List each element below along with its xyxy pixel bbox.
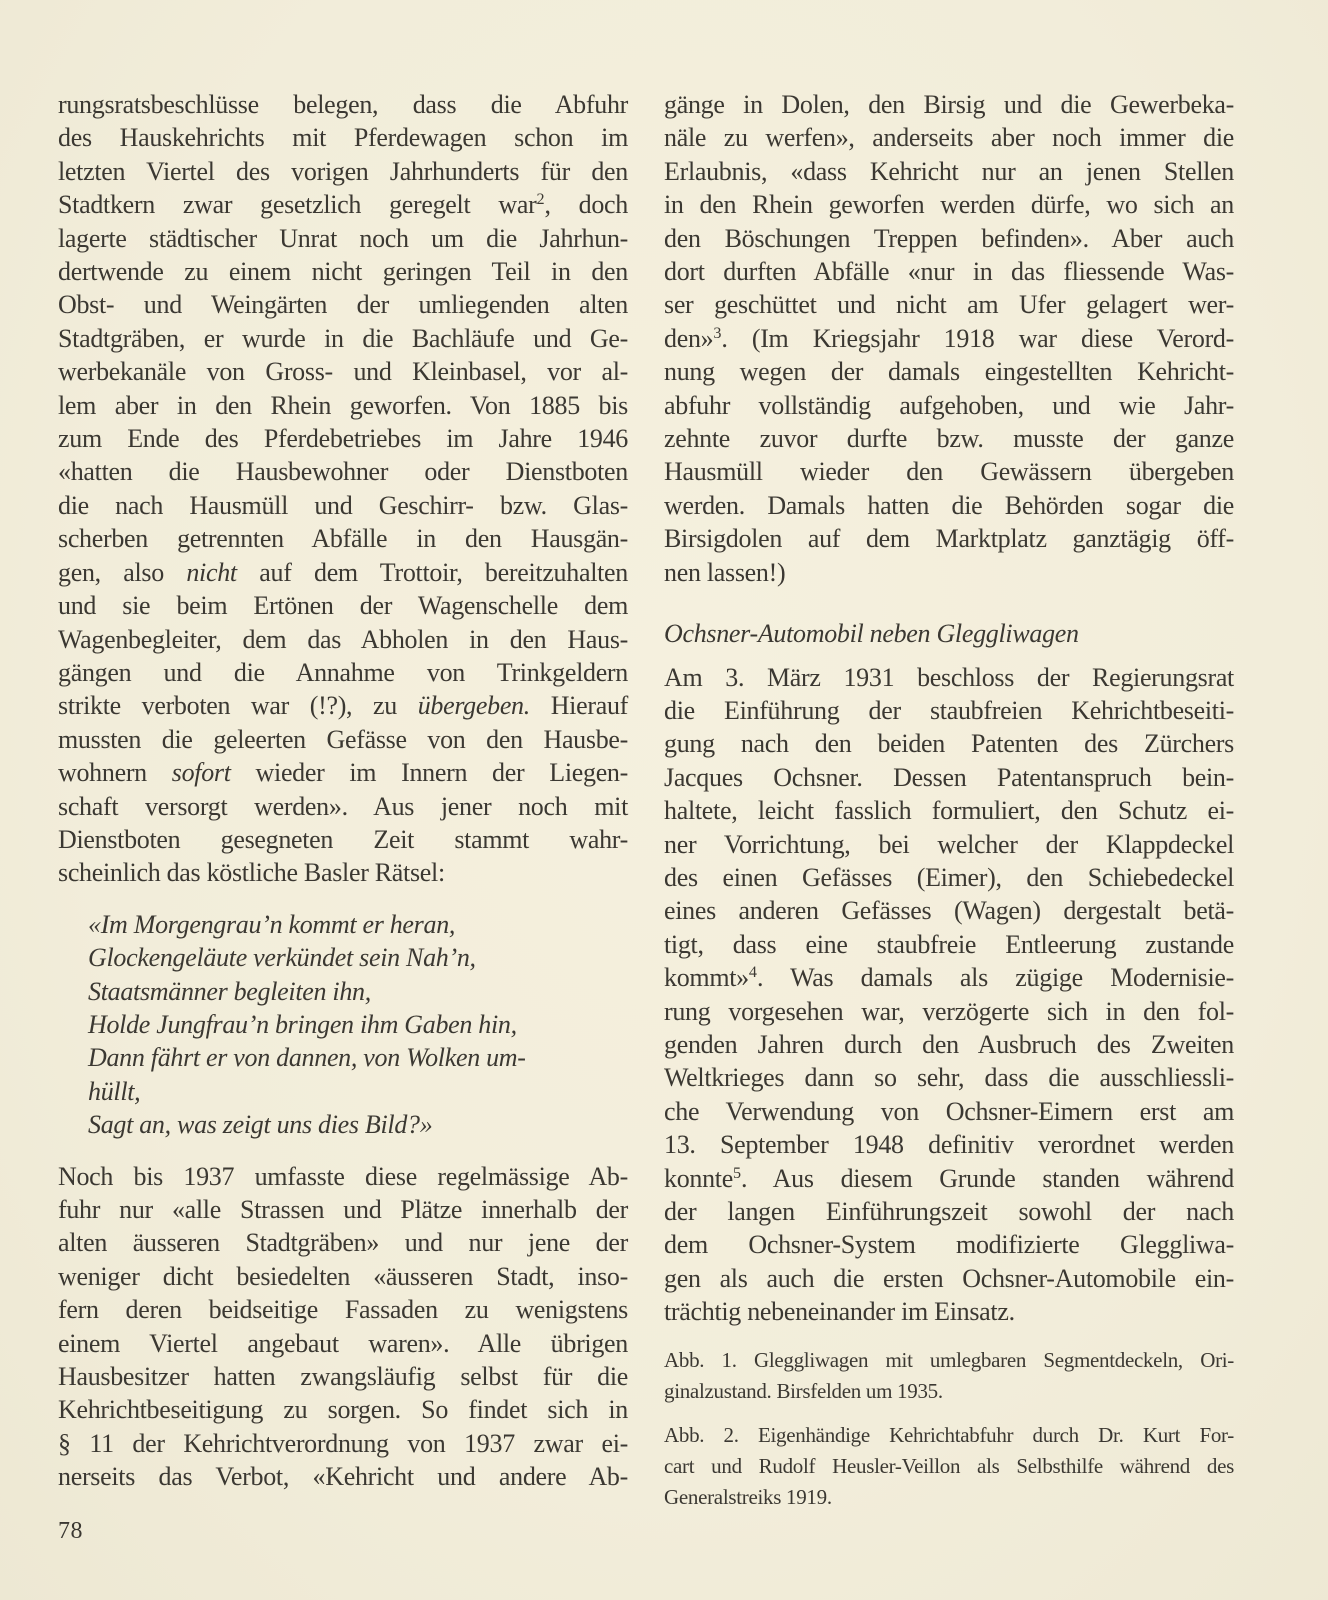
text-line: dort durften Abfälle «nur in das fliesse…: [664, 255, 1234, 288]
text-line: gen, also nicht auf dem Trottoir, bereit…: [58, 556, 628, 589]
text-line: nen lassen!): [664, 556, 1234, 589]
text-line: und sie beim Ertönen der Wagenschelle de…: [58, 589, 628, 622]
riddle-verse: «Im Morgengrau’n kommt er heran,Glockeng…: [58, 908, 628, 1142]
text-line: nung wegen der damals eingestellten Kehr…: [664, 355, 1234, 388]
text-line: nerseits das Verbot, «Kehricht und ander…: [58, 1460, 628, 1493]
text-line: ser geschüttet und nicht am Ufer gelager…: [664, 288, 1234, 321]
text-line: strikte verboten war (!?), zu übergeben.…: [58, 689, 628, 722]
text-line: lem aber in den Rhein geworfen. Von 1885…: [58, 389, 628, 422]
text-line: Erlaubnis, «dass Kehricht nur an jenen S…: [664, 155, 1234, 188]
text-line: der langen Einführungszeit sowohl der na…: [664, 1195, 1234, 1228]
book-page: rungsratsbeschlüsse belegen, dass die Ab…: [0, 0, 1328, 1600]
text-line: mussten die geleerten Gefässe von den Ha…: [58, 723, 628, 756]
text-line: Staatsmänner begleiten ihn,: [88, 975, 628, 1008]
figure-caption-2: Abb. 2. Eigenhändige Kehrichtabfuhr durc…: [664, 1420, 1234, 1513]
text-line: Glockengeläute verkündet sein Nah’n,: [88, 941, 628, 974]
text-line: hüllt,: [88, 1075, 628, 1108]
text-line: tigt, dass eine staubfreie Entleerung zu…: [664, 928, 1234, 961]
text-line: zehnte zuvor durfte bzw. musste der ganz…: [664, 422, 1234, 455]
text-line: gung nach den beiden Patenten des Zürche…: [664, 727, 1234, 760]
text-line: Noch bis 1937 umfasste diese regelmässig…: [58, 1160, 628, 1193]
text-line: gen als auch die ersten Ochsner-Automobi…: [664, 1262, 1234, 1295]
left-column: rungsratsbeschlüsse belegen, dass die Ab…: [58, 88, 628, 1513]
text-line: haltete, leicht fasslich formuliert, den…: [664, 794, 1234, 827]
text-line: den Böschungen Treppen befinden». Aber a…: [664, 222, 1234, 255]
text-line: Stadtgräben, er wurde in die Bachläufe u…: [58, 322, 628, 355]
text-line: schaft versorgt werden». Aus jener noch …: [58, 790, 628, 823]
section-heading: Ochsner-Automobil neben Gleggliwagen: [664, 617, 1234, 650]
text-line: alten äusseren Stadtgräben» und nur jene…: [58, 1226, 628, 1259]
text-line: gänge in Dolen, den Birsig und die Gewer…: [664, 88, 1234, 121]
right-column: gänge in Dolen, den Birsig und die Gewer…: [664, 88, 1234, 1513]
text-line: Abb. 2. Eigenhändige Kehrichtabfuhr durc…: [664, 1420, 1234, 1451]
text-line: Generalstreiks 1919.: [664, 1482, 1234, 1513]
text-line: Holde Jungfrau’n bringen ihm Gaben hin,: [88, 1008, 628, 1041]
figure-caption-1: Abb. 1. Gleggliwagen mit umlegbaren Segm…: [664, 1345, 1234, 1407]
text-line: Abb. 1. Gleggliwagen mit umlegbaren Segm…: [664, 1345, 1234, 1376]
text-line: scherben getrennten Abfälle in den Hausg…: [58, 522, 628, 555]
text-line: Sagt an, was zeigt uns dies Bild?»: [88, 1108, 628, 1141]
text-line: näle zu werfen», anderseits aber noch im…: [664, 121, 1234, 154]
text-line: dem Ochsner-System modifizierte Gleggliw…: [664, 1228, 1234, 1261]
text-line: weniger dicht besiedelten «äusseren Stad…: [58, 1260, 628, 1293]
text-line: trächtig nebeneinander im Einsatz.: [664, 1295, 1234, 1328]
text-line: Hausbesitzer hatten zwangsläufig selbst …: [58, 1360, 628, 1393]
text-line: dertwende zu einem nicht geringen Teil i…: [58, 255, 628, 288]
text-line: werbekanäle von Gross- und Kleinbasel, v…: [58, 355, 628, 388]
text-line: abfuhr vollständig aufgehoben, und wie J…: [664, 389, 1234, 422]
text-line: Wagenbegleiter, dem das Abholen in den H…: [58, 623, 628, 656]
text-line: letzten Viertel des vorigen Jahrhunderts…: [58, 155, 628, 188]
text-line: konnte5. Aus diesem Grunde standen währe…: [664, 1162, 1234, 1195]
text-line: scheinlich das köstliche Basler Rätsel:: [58, 856, 628, 889]
text-line: Stadtkern zwar gesetzlich geregelt war2,…: [58, 188, 628, 221]
text-line: Birsigdolen auf dem Marktplatz ganztägig…: [664, 522, 1234, 555]
text-line: Jacques Ochsner. Dessen Patentanspruch b…: [664, 761, 1234, 794]
text-line: cart und Rudolf Heusler-Veillon als Selb…: [664, 1451, 1234, 1482]
text-line: ner Vorrichtung, bei welcher der Klappde…: [664, 828, 1234, 861]
text-line: genden Jahren durch den Ausbruch des Zwe…: [664, 1028, 1234, 1061]
text-line: «Im Morgengrau’n kommt er heran,: [88, 908, 628, 941]
text-line: die nach Hausmüll und Geschirr- bzw. Gla…: [58, 489, 628, 522]
left-paragraph-2: Noch bis 1937 umfasste diese regelmässig…: [58, 1160, 628, 1494]
text-line: rung vorgesehen war, verzögerte sich in …: [664, 995, 1234, 1028]
text-line: kommt»4. Was damals als zügige Modernisi…: [664, 961, 1234, 994]
text-line: fuhr nur «alle Strassen und Plätze inner…: [58, 1193, 628, 1226]
text-line: Dann fährt er von dannen, von Wolken um-: [88, 1041, 628, 1074]
text-line: des Hauskehrichts mit Pferdewagen schon …: [58, 121, 628, 154]
text-line: Obst- und Weingärten der umliegenden alt…: [58, 288, 628, 321]
text-line: des einen Gefässes (Eimer), den Schiebed…: [664, 861, 1234, 894]
text-line: § 11 der Kehrichtverordnung von 1937 zwa…: [58, 1427, 628, 1460]
page-number: 78: [58, 1516, 83, 1546]
text-line: werden. Damals hatten die Behörden sogar…: [664, 489, 1234, 522]
text-line: Weltkrieges dann so sehr, dass die aussc…: [664, 1061, 1234, 1094]
text-line: «hatten die Hausbewohner oder Dienstbote…: [58, 455, 628, 488]
text-line: Hausmüll wieder den Gewässern übergeben: [664, 455, 1234, 488]
right-paragraph-2: Am 3. März 1931 beschloss der Regierungs…: [664, 661, 1234, 1329]
text-line: zum Ende des Pferdebetriebes im Jahre 19…: [58, 422, 628, 455]
text-line: 13. September 1948 definitiv verordnet w…: [664, 1128, 1234, 1161]
text-line: gängen und die Annahme von Trinkgeldern: [58, 656, 628, 689]
text-line: Am 3. März 1931 beschloss der Regierungs…: [664, 661, 1234, 694]
text-line: Ochsner-Automobil neben Gleggliwagen: [664, 617, 1234, 650]
text-line: Dienstboten gesegneten Zeit stammt wahr-: [58, 823, 628, 856]
text-line: wohnern sofort wieder im Innern der Lieg…: [58, 756, 628, 789]
right-paragraph-1: gänge in Dolen, den Birsig und die Gewer…: [664, 88, 1234, 589]
text-line: einem Viertel angebaut waren». Alle übri…: [58, 1327, 628, 1360]
text-line: fern deren beidseitige Fassaden zu wenig…: [58, 1293, 628, 1326]
text-line: rungsratsbeschlüsse belegen, dass die Ab…: [58, 88, 628, 121]
text-line: den»3. (Im Kriegsjahr 1918 war diese Ver…: [664, 322, 1234, 355]
text-line: in den Rhein geworfen werden dürfe, wo s…: [664, 188, 1234, 221]
text-line: eines anderen Gefässes (Wagen) dergestal…: [664, 894, 1234, 927]
left-paragraph-1: rungsratsbeschlüsse belegen, dass die Ab…: [58, 88, 628, 890]
text-line: die Einführung der staubfreien Kehrichtb…: [664, 694, 1234, 727]
text-columns: rungsratsbeschlüsse belegen, dass die Ab…: [0, 0, 1328, 1513]
text-line: ginalzustand. Birsfelden um 1935.: [664, 1376, 1234, 1407]
text-line: che Verwendung von Ochsner-Eimern erst a…: [664, 1095, 1234, 1128]
text-line: Kehrichtbeseitigung zu sorgen. So findet…: [58, 1393, 628, 1426]
text-line: lagerte städtischer Unrat noch um die Ja…: [58, 222, 628, 255]
